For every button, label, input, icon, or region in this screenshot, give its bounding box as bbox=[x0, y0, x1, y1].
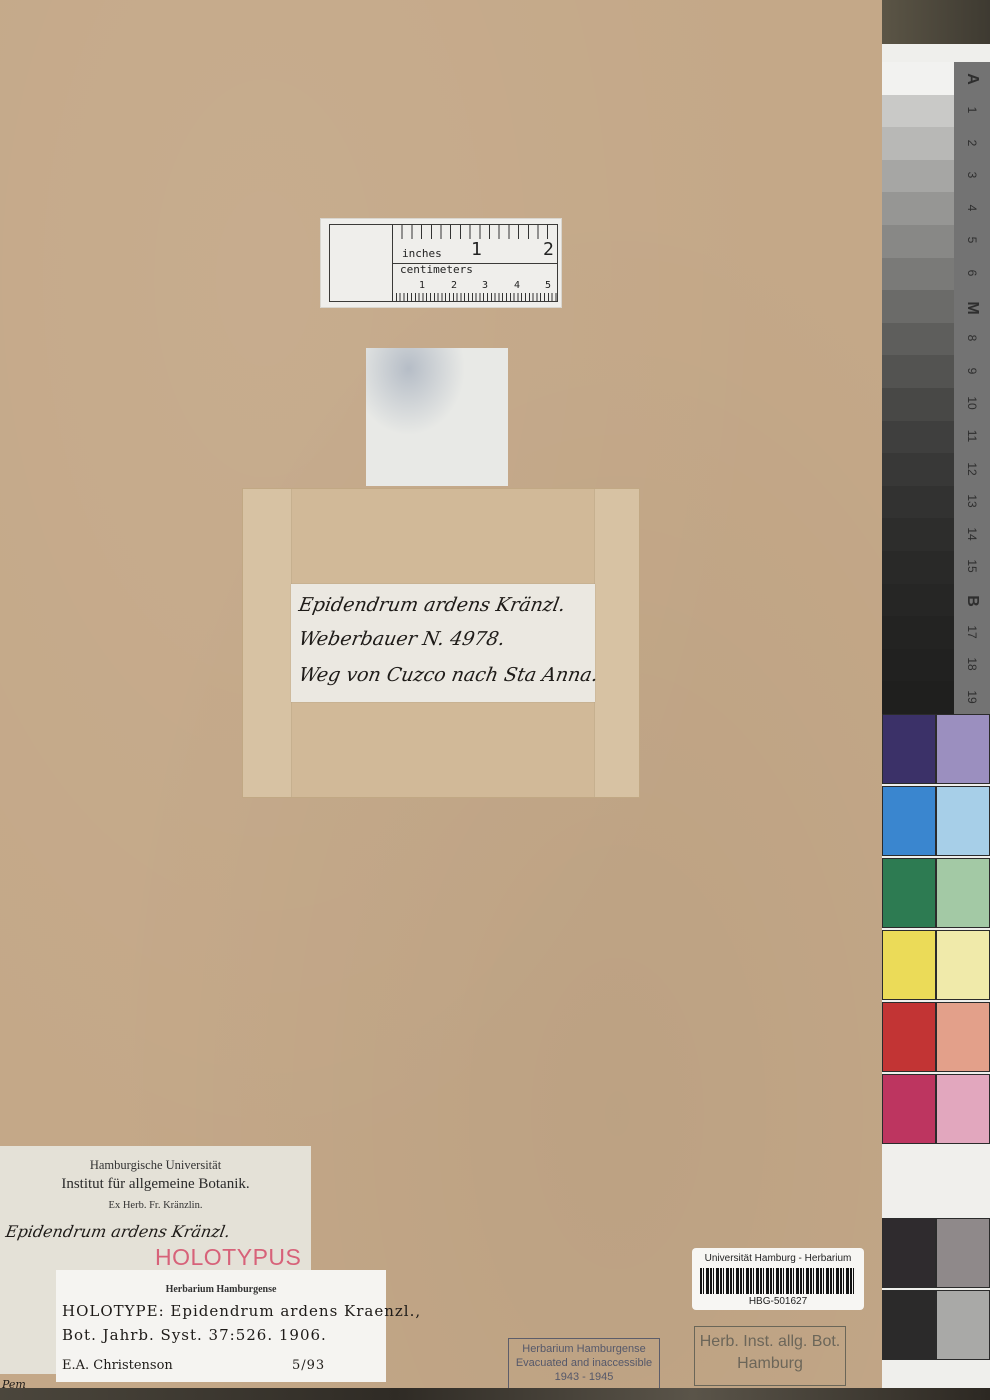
gray-step-label: 11 bbox=[965, 422, 979, 450]
gray-step bbox=[882, 584, 956, 617]
color-patch-left bbox=[882, 1290, 936, 1360]
holotypus-stamp: HOLOTYPUS bbox=[155, 1244, 301, 1271]
color-patch-right bbox=[936, 1290, 990, 1360]
scale-ruler: inches 1 2 centimeters 1 2 3 4 5 bbox=[320, 218, 562, 308]
cm-ticks bbox=[392, 293, 557, 301]
institute-stamp-line1: Herb. Inst. allg. Bot. bbox=[695, 1331, 845, 1353]
cm-mark-1: 1 bbox=[419, 280, 425, 291]
color-patch-left bbox=[882, 930, 936, 1000]
color-patch-right bbox=[936, 786, 990, 856]
gray-step-label: 13 bbox=[965, 487, 979, 515]
gray-step bbox=[882, 62, 956, 95]
institute-name: Institut für allgemeine Botanik. bbox=[0, 1176, 311, 1193]
color-patch-right bbox=[936, 1002, 990, 1072]
gray-step bbox=[882, 388, 956, 421]
gray-step-label: 19 bbox=[965, 683, 979, 711]
det-line-taxon: Epidendrum ardens Kränzl. bbox=[297, 594, 567, 616]
evacuation-stamp-line3: 1943 - 1945 bbox=[509, 1370, 659, 1384]
gray-step-label: 8 bbox=[965, 324, 979, 352]
color-patch-right bbox=[936, 1074, 990, 1144]
gray-step bbox=[882, 649, 956, 682]
gray-step bbox=[882, 290, 956, 323]
institute-stamp-line2: Hamburg bbox=[695, 1353, 845, 1375]
centimeters-label: centimeters bbox=[400, 263, 473, 276]
gray-step bbox=[882, 160, 956, 193]
gray-step bbox=[882, 192, 956, 225]
barcode-id: HBG-501627 bbox=[692, 1296, 864, 1307]
gray-step bbox=[882, 681, 956, 714]
gray-step-label: 9 bbox=[965, 357, 979, 385]
gray-step-label: 4 bbox=[965, 194, 979, 222]
color-patch-left bbox=[882, 1074, 936, 1144]
gray-step-label: 15 bbox=[965, 552, 979, 580]
gray-step bbox=[882, 323, 956, 356]
annotation-label: Herbarium Hamburgense HOLOTYPE: Epidendr… bbox=[56, 1270, 386, 1382]
annotation-title: Herbarium Hamburgense bbox=[56, 1284, 386, 1295]
color-patch-left bbox=[882, 1002, 936, 1072]
evacuation-stamp: Herbarium Hamburgense Evacuated and inac… bbox=[508, 1338, 660, 1390]
color-patch-right bbox=[936, 930, 990, 1000]
institute-handwritten-taxon: Epidendrum ardens Kränzl. bbox=[4, 1222, 231, 1241]
envelope-flap-right bbox=[594, 489, 639, 797]
gray-step bbox=[882, 355, 956, 388]
color-patch-left bbox=[882, 858, 936, 928]
gray-step-label: 1 bbox=[965, 96, 979, 124]
det-line-locality: Weg von Cuzco nach Sta Anna. bbox=[297, 664, 600, 686]
inch-mark-2: 2 bbox=[543, 239, 554, 260]
determination-label: Epidendrum ardens Kränzl. Weberbauer N. … bbox=[291, 584, 595, 702]
gray-step bbox=[882, 95, 956, 128]
gray-step bbox=[882, 453, 956, 486]
grayscale-strip: A123456M89101112131415B171819 bbox=[882, 62, 990, 714]
color-patch-left bbox=[882, 1218, 936, 1288]
color-calibration-chart: A123456M89101112131415B171819 bbox=[882, 44, 990, 1388]
gray-step-label: B bbox=[963, 587, 981, 615]
cm-mark-2: 2 bbox=[451, 280, 457, 291]
annotation-author: E.A. Christenson bbox=[62, 1358, 173, 1373]
gray-step-label: 14 bbox=[965, 520, 979, 548]
cm-mark-3: 3 bbox=[482, 280, 488, 291]
gray-step bbox=[882, 518, 956, 551]
institute-ex-herb: Ex Herb. Fr. Kränzlin. bbox=[0, 1200, 311, 1211]
gray-step-label: 10 bbox=[965, 389, 979, 417]
institute-stamp: Herb. Inst. allg. Bot. Hamburg bbox=[694, 1326, 846, 1386]
color-patch-right bbox=[936, 714, 990, 784]
evacuation-stamp-line2: Evacuated and inaccessible bbox=[509, 1356, 659, 1370]
det-line-collector: Weberbauer N. 4978. bbox=[297, 628, 507, 650]
envelope-flap-left bbox=[243, 489, 292, 797]
annotation-holotype-line: HOLOTYPE: Epidendrum ardens Kraenzl., bbox=[62, 1302, 421, 1320]
barcode-title: Universität Hamburg - Herbarium bbox=[692, 1253, 864, 1264]
color-patch-left bbox=[882, 1146, 936, 1216]
color-patch-right bbox=[936, 1146, 990, 1216]
color-patch-right bbox=[936, 1218, 990, 1288]
color-patch-left bbox=[882, 786, 936, 856]
gray-step bbox=[882, 421, 956, 454]
gray-step-label: 5 bbox=[965, 226, 979, 254]
gray-step-label: 2 bbox=[965, 129, 979, 157]
color-patch-right bbox=[936, 858, 990, 928]
color-patch-left bbox=[882, 714, 936, 784]
cm-mark-5: 5 bbox=[545, 280, 551, 291]
ruler-blank-area bbox=[330, 225, 393, 301]
gray-step-label: 18 bbox=[965, 650, 979, 678]
gray-step-label: 12 bbox=[965, 455, 979, 483]
gray-step bbox=[882, 616, 956, 649]
gray-step-label: M bbox=[963, 294, 981, 322]
barcode-icon bbox=[700, 1268, 856, 1294]
inches-label: inches bbox=[402, 247, 442, 260]
institute-university: Hamburgische Universität bbox=[0, 1158, 311, 1173]
specimen-tissue-paper bbox=[366, 348, 508, 486]
barcode-label: Universität Hamburg - Herbarium HBG-5016… bbox=[692, 1248, 864, 1310]
gray-step bbox=[882, 258, 956, 291]
gray-step-label: A bbox=[963, 65, 981, 93]
gray-step bbox=[882, 127, 956, 160]
background-edge bbox=[882, 0, 990, 44]
gray-step bbox=[882, 551, 956, 584]
grayscale-labels: A123456M89101112131415B171819 bbox=[954, 62, 990, 714]
inch-ticks bbox=[392, 225, 557, 239]
gray-step-label: 6 bbox=[965, 259, 979, 287]
background-edge-bottom bbox=[0, 1388, 990, 1400]
gray-step-label: 17 bbox=[965, 618, 979, 646]
gray-step bbox=[882, 225, 956, 258]
evacuation-stamp-line1: Herbarium Hamburgense bbox=[509, 1342, 659, 1356]
annotation-citation-line: Bot. Jahrb. Syst. 37:526. 1906. bbox=[62, 1326, 327, 1344]
gray-step bbox=[882, 486, 956, 519]
gray-step-label: 3 bbox=[965, 161, 979, 189]
annotation-date: 5/93 bbox=[292, 1358, 325, 1373]
inch-mark-1: 1 bbox=[471, 239, 482, 260]
cm-mark-4: 4 bbox=[514, 280, 520, 291]
